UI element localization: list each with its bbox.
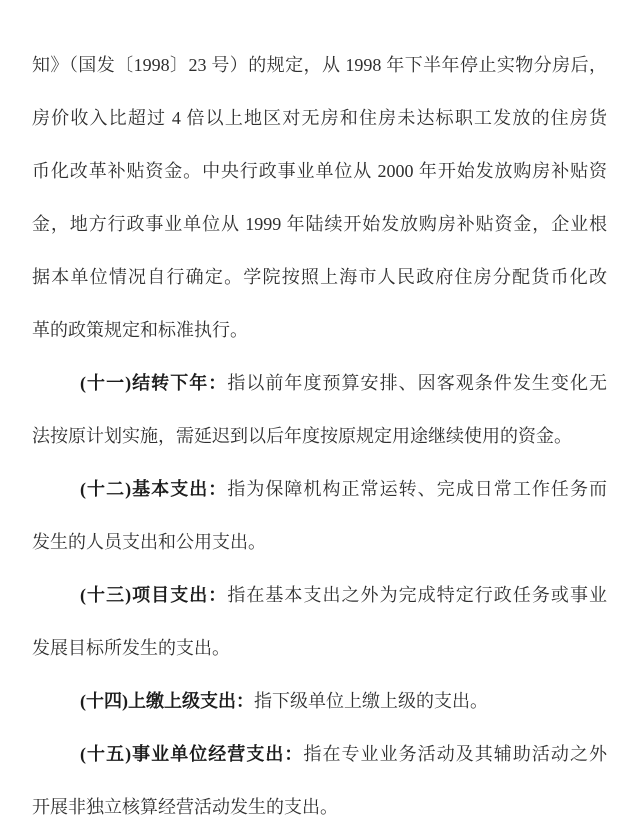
term-label: (十一)结转下年： — [80, 373, 227, 393]
text-line: 房价收入比超过 4 倍以上地区对无房和住房未达标职工发放的住房货 — [32, 92, 607, 145]
paragraph: (十五)事业单位经营支出：指在专业业务活动及其辅助活动之外 开展非独立核算经营活… — [32, 728, 607, 834]
text-line: 革的政策规定和标准执行。 — [32, 304, 607, 357]
text-line: 法按原计划实施，需延迟到以后年度按原规定用途继续使用的资金。 — [32, 410, 607, 463]
paragraph: (十二)基本支出：指为保障机构正常运转、完成日常工作任务而 发生的人员支出和公用… — [32, 463, 607, 569]
line-text: 指为保障机构正常运转、完成日常工作任务而 — [227, 479, 607, 499]
text-line: (十三)项目支出：指在基本支出之外为完成特定行政任务或事业 — [32, 569, 607, 622]
text-line: 币化改革补贴资金。中央行政事业单位从 2000 年开始发放购房补贴资 — [32, 145, 607, 198]
line-text: 币化改革补贴资金。中央行政事业单位从 2000 年开始发放购房补贴资 — [32, 161, 607, 181]
line-text: 指以前年度预算安排、因客观条件发生变化无 — [227, 373, 607, 393]
text-line: 发生的人员支出和公用支出。 — [32, 516, 607, 569]
line-text: 指在专业业务活动及其辅助活动之外 — [303, 744, 607, 764]
text-line: 金，地方行政事业单位从 1999 年陆续开始发放购房补贴资金，企业根 — [32, 198, 607, 251]
term-label: (十二)基本支出： — [80, 479, 227, 499]
term-label: (十五)事业单位经营支出： — [80, 744, 303, 764]
line-text: 知》（国发〔1998〕23 号）的规定，从 1998 年下半年停止实物分房后， — [32, 55, 607, 75]
text-line: (十一)结转下年：指以前年度预算安排、因客观条件发生变化无 — [32, 357, 607, 410]
text-line: (十五)事业单位经营支出：指在专业业务活动及其辅助活动之外 — [32, 728, 607, 781]
paragraph: (十一)结转下年：指以前年度预算安排、因客观条件发生变化无 法按原计划实施，需延… — [32, 357, 607, 463]
line-text: 开展非独立核算经营活动发生的支出。 — [32, 797, 338, 817]
term-label: (十四)上缴上级支出： — [80, 691, 254, 711]
text-line: 开展非独立核算经营活动发生的支出。 — [32, 781, 607, 834]
paragraph: (十四)上缴上级支出：指下级单位上缴上级的支出。 — [32, 675, 607, 728]
line-text: 指在基本支出之外为完成特定行政任务或事业 — [227, 585, 607, 605]
paragraph: (十三)项目支出：指在基本支出之外为完成特定行政任务或事业 发展目标所发生的支出… — [32, 569, 607, 675]
text-line: (十二)基本支出：指为保障机构正常运转、完成日常工作任务而 — [32, 463, 607, 516]
line-text: 发展目标所发生的支出。 — [32, 638, 230, 658]
line-text: 房价收入比超过 4 倍以上地区对无房和住房未达标职工发放的住房货 — [32, 108, 607, 128]
line-text: 指下级单位上缴上级的支出。 — [254, 691, 488, 711]
line-text: 金，地方行政事业单位从 1999 年陆续开始发放购房补贴资金，企业根 — [32, 214, 607, 234]
paragraph: 知》（国发〔1998〕23 号）的规定，从 1998 年下半年停止实物分房后， … — [32, 39, 607, 357]
line-text: 据本单位情况自行确定。学院按照上海市人民政府住房分配货币化改 — [32, 267, 607, 287]
line-text: 法按原计划实施，需延迟到以后年度按原规定用途继续使用的资金。 — [32, 426, 572, 446]
text-line: (十四)上缴上级支出：指下级单位上缴上级的支出。 — [32, 675, 607, 728]
text-line: 发展目标所发生的支出。 — [32, 622, 607, 675]
text-line: 据本单位情况自行确定。学院按照上海市人民政府住房分配货币化改 — [32, 251, 607, 304]
term-label: (十三)项目支出： — [80, 585, 227, 605]
line-text: 发生的人员支出和公用支出。 — [32, 532, 266, 552]
document-page: 知》（国发〔1998〕23 号）的规定，从 1998 年下半年停止实物分房后， … — [0, 0, 641, 835]
line-text: 革的政策规定和标准执行。 — [32, 320, 248, 340]
text-line: 知》（国发〔1998〕23 号）的规定，从 1998 年下半年停止实物分房后， — [32, 39, 607, 92]
